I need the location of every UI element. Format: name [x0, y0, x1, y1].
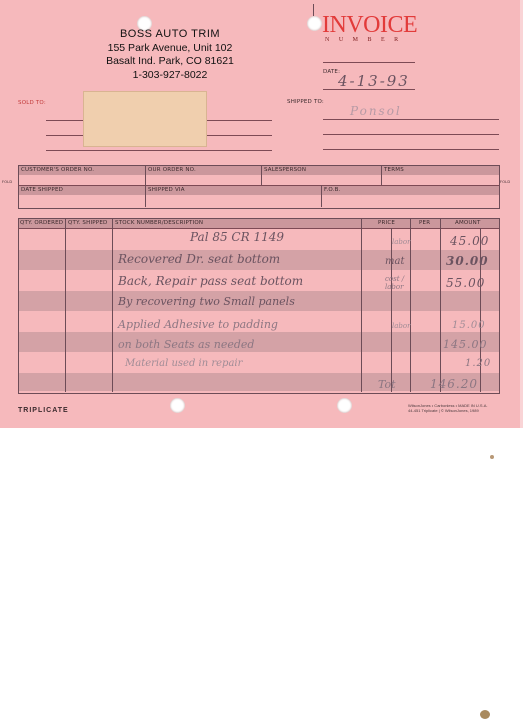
row-amount[interactable]: 30.00: [446, 254, 489, 268]
table-col: [112, 218, 113, 392]
row-price[interactable]: labor: [392, 238, 410, 246]
order-grid-col: [261, 165, 262, 185]
date-line: [323, 89, 415, 90]
row-price[interactable]: labor: [392, 322, 410, 330]
order-grid-col: [145, 165, 146, 207]
invoice-number-label: NUMBER: [325, 37, 408, 43]
table-header-line: [18, 228, 499, 229]
order-grid-divider: [18, 185, 499, 186]
table-col: [361, 218, 362, 392]
invoice-title: INVOICE: [322, 12, 417, 39]
row-description[interactable]: By recovering two Small panels: [118, 295, 295, 308]
copy-label: TRIPLICATE: [18, 407, 69, 414]
shipped-to-line-1: [323, 119, 499, 120]
row-description[interactable]: Pal 85 CR 1149: [190, 230, 284, 244]
th-qty-shipped: QTY. SHIPPED: [68, 220, 107, 226]
row-amount[interactable]: 15.00: [452, 320, 486, 331]
th-description: STOCK NUMBER/DESCRIPTION: [115, 220, 203, 226]
row-amount[interactable]: 145.00: [443, 338, 488, 351]
shipped-to-line-3: [323, 149, 499, 150]
salesperson-label: SALESPERSON: [264, 167, 306, 173]
invoice-sheet: BOSS AUTO TRIM 155 Park Avenue, Unit 102…: [0, 0, 523, 428]
order-grid-col: [321, 185, 322, 207]
company-phone: 1-303-927-8022: [80, 69, 260, 83]
row-amount[interactable]: 1.20: [465, 358, 491, 369]
row-description[interactable]: Back, Repair pass seat bottom: [118, 274, 303, 288]
company-address-1: 155 Park Avenue, Unit 102: [80, 42, 260, 56]
company-block: BOSS AUTO TRIM 155 Park Avenue, Unit 102…: [80, 28, 260, 82]
sold-to-line-3: [46, 150, 272, 151]
row-amount[interactable]: 55.00: [446, 276, 485, 290]
punch-hole: [170, 398, 185, 413]
fob-label: F.O.B.: [324, 187, 341, 193]
row-amount-total[interactable]: 146.20: [430, 377, 478, 391]
row-amount[interactable]: 45.00: [450, 234, 489, 248]
order-header-band-2: [19, 186, 499, 195]
row-description[interactable]: Applied Adhesive to padding: [118, 318, 278, 331]
row-band: [19, 332, 499, 352]
mailing-label-patch: [83, 91, 207, 147]
row-band: [19, 373, 499, 391]
table-col: [440, 218, 441, 392]
sold-to-label: SOLD TO:: [18, 100, 46, 106]
shipped-via-label: SHIPPED VIA: [148, 187, 185, 193]
tear-mark: [313, 4, 314, 16]
shipped-to-value[interactable]: Ponsol: [350, 104, 402, 118]
invoice-number-line: [323, 62, 415, 63]
row-price[interactable]: cost / labor: [385, 275, 407, 291]
fold-mark-left: FOLD: [2, 180, 12, 184]
shipped-to-label: SHIPPED TO:: [287, 99, 324, 105]
date-shipped-label: DATE SHIPPED: [21, 187, 63, 193]
row-price[interactable]: Tot: [378, 378, 396, 391]
table-col: [391, 228, 392, 392]
shipped-to-line-2: [323, 134, 499, 135]
punch-hole: [337, 398, 352, 413]
table-col: [65, 218, 66, 392]
fold-mark-right: FOLD: [500, 180, 510, 184]
our-order-label: OUR ORDER NO.: [148, 167, 196, 173]
customer-order-label: CUSTOMER'S ORDER NO.: [21, 167, 94, 173]
th-per: PER: [419, 220, 430, 226]
th-qty-ordered: QTY. ORDERED: [20, 220, 63, 226]
date-value[interactable]: 4-13-93: [338, 72, 410, 90]
terms-label: TERMS: [384, 167, 404, 173]
maker-line-2: 44-451 Triplicate | © WilsonJones, 1989: [408, 408, 488, 413]
order-grid-col: [381, 165, 382, 185]
th-amount: AMOUNT: [455, 220, 481, 226]
company-name: BOSS AUTO TRIM: [80, 28, 260, 42]
company-address-2: Basalt Ind. Park, CO 81621: [80, 55, 260, 69]
punch-hole: [307, 16, 322, 31]
row-description[interactable]: on both Seats as needed: [118, 338, 254, 351]
scan-speck: [490, 455, 494, 459]
scan-speck: [480, 710, 490, 719]
row-description[interactable]: Material used in repair: [125, 358, 242, 369]
row-description[interactable]: Recovered Dr. seat bottom: [118, 252, 280, 266]
row-price[interactable]: mat: [385, 256, 404, 267]
th-price: PRICE: [378, 220, 395, 226]
maker-imprint: WilsonJones • Carbonless • MADE IN U.S.A…: [408, 403, 488, 413]
